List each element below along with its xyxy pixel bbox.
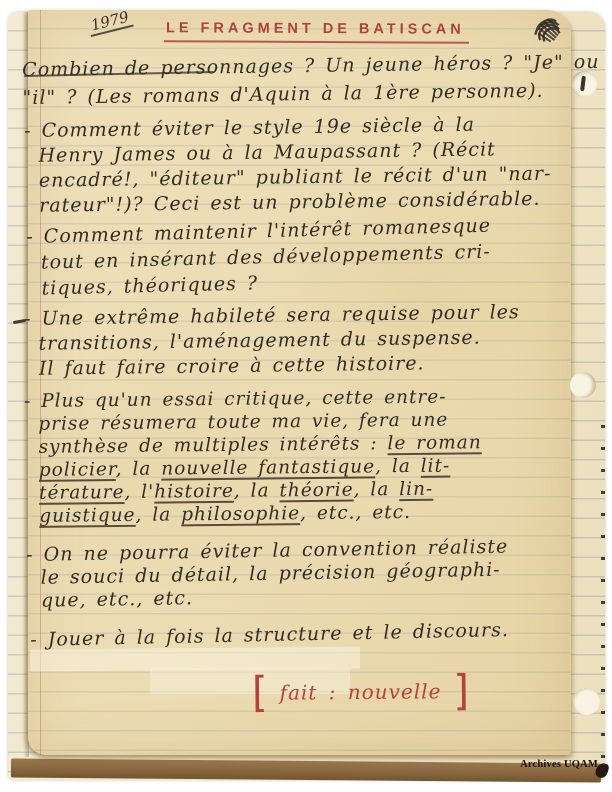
paragraph: - Comment maintenir l'intérêt romanesque… [26, 213, 493, 302]
handwriting-line: guistique, la philosophie, etc., etc. [25, 500, 482, 528]
hole-punch [571, 71, 597, 97]
red-note: [ fait : nouvelle ] [252, 671, 469, 713]
stamp-scribble-icon [527, 11, 567, 50]
handwritten-term-underlined: lin- [399, 479, 433, 500]
scanned-manuscript-page: { "page": { "year_annotation": "1979", "… [0, 0, 612, 792]
handwritten-term-underlined: guistique [39, 505, 135, 527]
archives-stamp-label: Archives UQAM [508, 759, 598, 770]
handwritten-term: , la [353, 479, 399, 500]
paragraph: - Plus qu'un essai critique, cette entre… [24, 385, 483, 528]
paragraph: - On ne pourra éviter la convention réal… [26, 536, 509, 613]
handwritten-term-underlined: térature [39, 482, 125, 504]
handwritten-term-underlined: histoire [154, 481, 234, 503]
paragraph: Combien de personnages ? Un jeune héros … [22, 48, 600, 112]
hole-punch [570, 372, 596, 398]
handwritten-term: , la [116, 459, 162, 480]
handwritten-term-underlined: policier [39, 459, 116, 481]
handwritten-term: , etc., etc. [300, 502, 411, 524]
note-text: fait : nouvelle [280, 679, 442, 704]
pen-mark [580, 76, 586, 91]
handwritten-term: synthèse de multiples intérêts : [38, 433, 387, 458]
hole-punch [573, 688, 600, 715]
handwritten-term-underlined: lit- [421, 456, 451, 477]
handwritten-term: , l' [124, 482, 154, 503]
handwritten-term: , la [375, 456, 421, 477]
note-bracket-open: [ [252, 672, 268, 714]
handwritten-term: , la [135, 504, 181, 525]
handwriting-line: térature, l'histoire, la théorie, la lin… [25, 477, 482, 505]
page-title: LE FRAGMENT DE BATISCAN [164, 20, 469, 44]
handwritten-term-underlined: le roman [387, 432, 481, 454]
handwritten-term-underlined: philosophie [181, 503, 300, 525]
paragraph: - Une extrême habileté sera requise pour… [24, 300, 521, 382]
note-bracket-close: ] [453, 670, 469, 712]
handwritten-term: , la [234, 480, 280, 501]
handwritten-term-underlined: théorie [279, 480, 353, 502]
binding-marks [601, 425, 605, 760]
handwritten-term-underlined: nouvelle fantastique [161, 456, 375, 479]
paragraph: - Comment éviter le style 19e siècle à l… [24, 112, 552, 219]
